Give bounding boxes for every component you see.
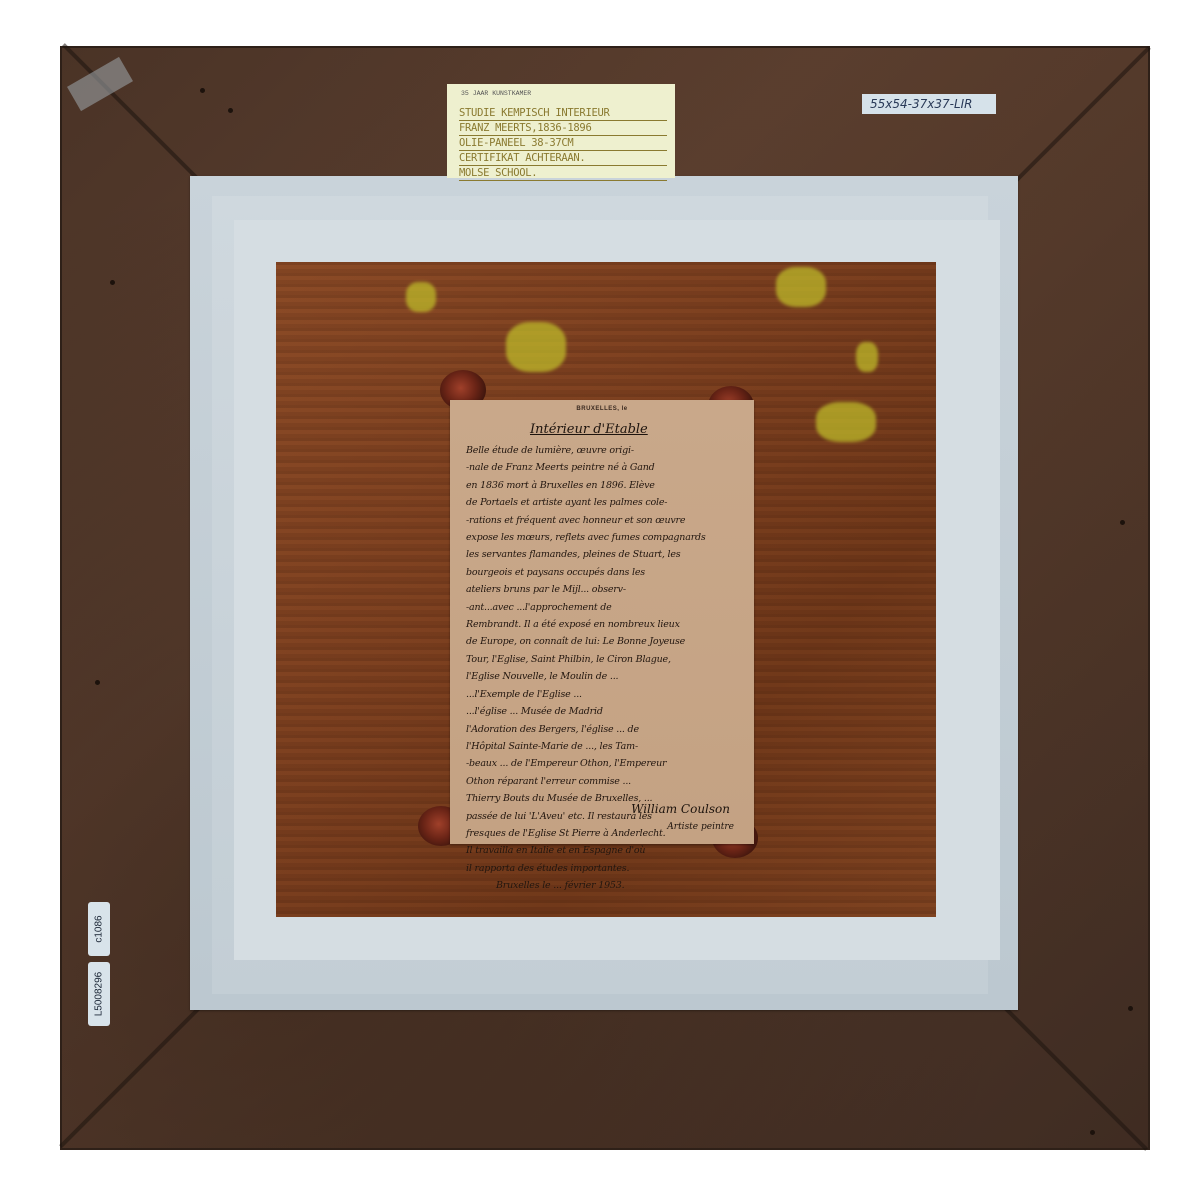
dimensions-label: 55x54-37x37-LIR [862,94,996,114]
paint-smear [776,267,826,307]
inventory-label: L5008296 [88,962,110,1026]
label-line: FRANZ MEERTS,1836-1896 [459,121,667,136]
gallery-stamp: 35 JAAR KUNSTKAMER [461,90,531,97]
wormhole [1120,520,1125,525]
signer-role: Artiste peintre [667,822,734,832]
signature: William Coulson [631,802,730,816]
text-line: l'Eglise Nouvelle, le Moulin de ... [466,668,740,685]
paint-smear [506,322,566,372]
text-line: ...l'église ... Musée de Madrid [466,703,740,720]
paint-smear [816,402,876,442]
text-line: -nale de Franz Meerts peintre né à Gand [466,459,740,476]
wormhole [1128,1006,1133,1011]
text-line: Tour, l'Eglise, Saint Philbin, le Ciron … [466,651,740,668]
gallery-label: 35 JAAR KUNSTKAMER STUDIE KEMPISCH INTER… [447,84,675,178]
wormhole [228,108,233,113]
inventory-label: c1086 [88,902,110,956]
letterhead: BRUXELLES, le [450,406,754,412]
text-line: Othon réparant l'erreur commise ... [466,773,740,790]
text-line: Belle étude de lumière, œuvre origi- [466,442,740,459]
authenticity-certificate: BRUXELLES, le Intérieur d'Etable Belle é… [450,400,754,844]
label-line: MOLSE SCHOOL. [459,166,667,181]
text-line: -ant...avec ...l'approchement de [466,599,740,616]
label-line: OLIE-PANEEL 38-37CM [459,136,667,151]
text-line: -beaux ... de l'Empereur Othon, l'Empere… [466,755,740,772]
inventory-code: c1086 [94,915,105,942]
label-line: CERTIFIKAT ACHTERAAN. [459,151,667,166]
text-line: ateliers bruns par le Mijl... observ- [466,581,740,598]
text-line: les servantes flamandes, pleines de Stua… [466,546,740,563]
text-line: de Portaels et artiste ayant les palmes … [466,494,740,511]
text-line: il rapporta des études importantes. [466,860,740,877]
certificate-title: Intérieur d'Etable [530,422,648,437]
wormhole [110,280,115,285]
wormhole [200,88,205,93]
text-line: Rembrandt. Il a été exposé en nombreux l… [466,616,740,633]
inventory-code: L5008296 [94,972,105,1017]
label-line: STUDIE KEMPISCH INTERIEUR [459,106,667,121]
text-line: -rations et fréquent avec honneur et son… [466,512,740,529]
text-line: ...l'Exemple de l'Eglise ... [466,686,740,703]
text-line: en 1836 mort à Bruxelles en 1896. Elève [466,477,740,494]
text-line: Il travailla en Italie et en Espagne d'o… [466,842,740,859]
paint-smear [406,282,436,312]
wormhole [95,680,100,685]
text-line: l'Adoration des Bergers, l'église ... de [466,721,740,738]
text-line: Bruxelles le ... février 1953. [466,877,740,894]
text-line: expose les mœurs, reflets avec fumes com… [466,529,740,546]
wormhole [1090,1130,1095,1135]
text-line: bourgeois et paysans occupés dans les [466,564,740,581]
text-line: de Europe, on connaît de lui: Le Bonne J… [466,633,740,650]
text-line: l'Hôpital Sainte-Marie de ..., les Tam- [466,738,740,755]
paint-smear [856,342,878,372]
